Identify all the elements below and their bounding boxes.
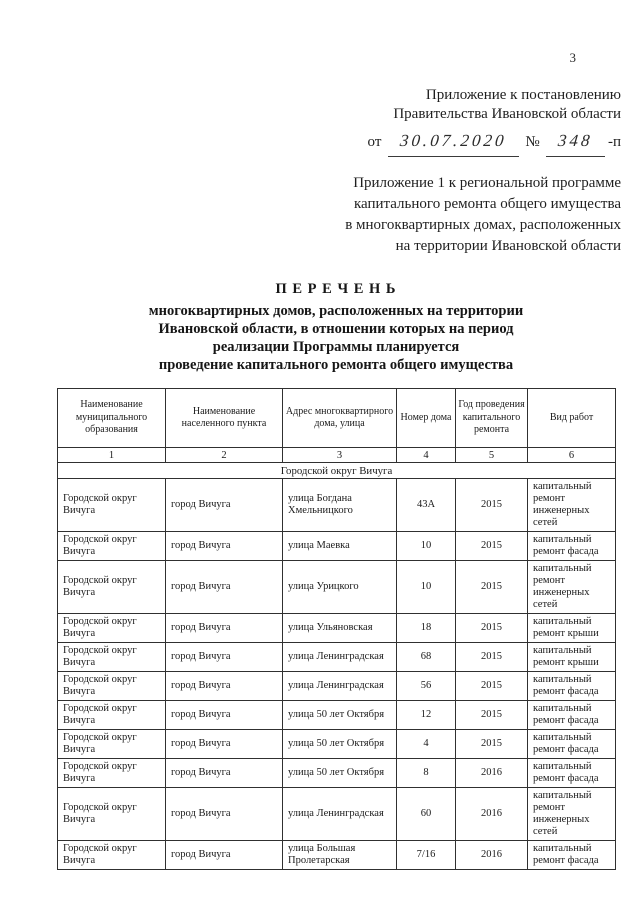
col-number-2: 2 <box>166 448 283 463</box>
cell-work: капитальный ремонт фасада <box>528 532 616 561</box>
cell-settlement: город Вичуга <box>166 532 283 561</box>
table-row: Городской округ Вичуга город Вичуга улиц… <box>58 788 616 841</box>
cell-street: улица Урицкого <box>283 561 397 614</box>
cell-street: улица Ленинградская <box>283 672 397 701</box>
cell-house: 10 <box>397 561 456 614</box>
col-header-municipality: Наименование муниципального образования <box>58 389 166 448</box>
cell-municipality: Городской округ Вичуга <box>58 614 166 643</box>
col-header-repair-year: Год проведения капитального ремонта <box>456 389 528 448</box>
cell-street: улица 50 лет Октября <box>283 759 397 788</box>
table-row: Городской округ Вичуга город Вичуга улиц… <box>58 614 616 643</box>
annex-program-line-3: в многоквартирных домах, расположенных <box>0 215 621 236</box>
cell-year: 2016 <box>456 759 528 788</box>
table-row: Городской округ Вичуга город Вичуга улиц… <box>58 479 616 532</box>
handwritten-number: 348 <box>555 128 596 154</box>
col-header-house-number: Номер дома <box>397 389 456 448</box>
number-suffix: -п <box>608 134 621 150</box>
cell-street: улица Богдана Хмельницкого <box>283 479 397 532</box>
cell-work: капитальный ремонт фасада <box>528 701 616 730</box>
cell-settlement: город Вичуга <box>166 841 283 870</box>
cell-street: улица 50 лет Октября <box>283 701 397 730</box>
cell-work: капитальный ремонт крыши <box>528 614 616 643</box>
mkd-repair-table: Наименование муниципального образования … <box>57 388 616 870</box>
handwritten-date: 30.07.2020 <box>397 128 510 154</box>
col-header-settlement: Наименование населенного пункта <box>166 389 283 448</box>
cell-year: 2015 <box>456 532 528 561</box>
cell-house: 56 <box>397 672 456 701</box>
col-number-5: 5 <box>456 448 528 463</box>
cell-municipality: Городской округ Вичуга <box>58 759 166 788</box>
cell-work: капитальный ремонт инженерных сетей <box>528 479 616 532</box>
col-header-work-type: Вид работ <box>528 389 616 448</box>
cell-house: 7/16 <box>397 841 456 870</box>
cell-street: улица Ульяновская <box>283 614 397 643</box>
table-row: Городской округ Вичуга город Вичуга улиц… <box>58 672 616 701</box>
cell-work: капитальный ремонт инженерных сетей <box>528 788 616 841</box>
annex-program-line-4: на территории Ивановской области <box>0 236 621 257</box>
number-sign: № <box>525 134 539 150</box>
cell-year: 2015 <box>456 561 528 614</box>
page-number: 3 <box>570 50 577 66</box>
cell-house: 8 <box>397 759 456 788</box>
table-row: Городской округ Вичуга город Вичуга улиц… <box>58 561 616 614</box>
cell-municipality: Городской округ Вичуга <box>58 643 166 672</box>
table-row: Городской округ Вичуга город Вичуга улиц… <box>58 841 616 870</box>
cell-work: капитальный ремонт инженерных сетей <box>528 561 616 614</box>
section-header-row: Городской округ Вичуга <box>58 463 616 479</box>
cell-year: 2015 <box>456 479 528 532</box>
cell-municipality: Городской округ Вичуга <box>58 788 166 841</box>
cell-street: улица 50 лет Октября <box>283 730 397 759</box>
column-number-row: 1 2 3 4 5 6 <box>58 448 616 463</box>
cell-year: 2015 <box>456 730 528 759</box>
table-row: Городской округ Вичуга город Вичуга улиц… <box>58 759 616 788</box>
title-line-4: проведение капитального ремонта общего и… <box>57 356 615 374</box>
col-number-1: 1 <box>58 448 166 463</box>
col-number-3: 3 <box>283 448 397 463</box>
cell-work: капитальный ремонт крыши <box>528 643 616 672</box>
cell-municipality: Городской округ Вичуга <box>58 730 166 759</box>
cell-settlement: город Вичуга <box>166 788 283 841</box>
title-heading: П Е Р Е Ч Е Н Ь <box>57 280 615 298</box>
cell-settlement: город Вичуга <box>166 561 283 614</box>
annex-program-line-2: капитального ремонта общего имущества <box>0 194 621 215</box>
number-underline: 348 <box>546 128 605 157</box>
date-prefix: от <box>368 134 382 150</box>
col-header-address: Адрес многоквартирного дома, улица <box>283 389 397 448</box>
cell-house: 68 <box>397 643 456 672</box>
table-row: Городской округ Вичуга город Вичуга улиц… <box>58 532 616 561</box>
table-row: Городской округ Вичуга город Вичуга улиц… <box>58 701 616 730</box>
title-line-3: реализации Программы планируется <box>57 338 615 356</box>
cell-house: 10 <box>397 532 456 561</box>
title-line-1: многоквартирных домов, расположенных на … <box>57 302 615 320</box>
cell-work: капитальный ремонт фасада <box>528 759 616 788</box>
cell-year: 2015 <box>456 701 528 730</box>
cell-street: улица Маевка <box>283 532 397 561</box>
cell-work: капитальный ремонт фасада <box>528 730 616 759</box>
annex-program-block: Приложение 1 к региональной программе ка… <box>0 173 640 257</box>
cell-settlement: город Вичуга <box>166 759 283 788</box>
cell-municipality: Городской округ Вичуга <box>58 532 166 561</box>
cell-house: 18 <box>397 614 456 643</box>
document-title: П Е Р Е Ч Е Н Ь многоквартирных домов, р… <box>57 280 615 374</box>
annex-resolution-line-1: Приложение к постановлению <box>0 86 621 105</box>
cell-work: капитальный ремонт фасада <box>528 672 616 701</box>
title-line-2: Ивановской области, в отношении которых … <box>57 320 615 338</box>
col-number-4: 4 <box>397 448 456 463</box>
table-header-row: Наименование муниципального образования … <box>58 389 616 448</box>
cell-year: 2015 <box>456 672 528 701</box>
cell-municipality: Городской округ Вичуга <box>58 701 166 730</box>
cell-settlement: город Вичуга <box>166 479 283 532</box>
section-title: Городской округ Вичуга <box>58 463 616 479</box>
col-number-6: 6 <box>528 448 616 463</box>
annex-resolution-block: Приложение к постановлению Правительства… <box>0 0 640 157</box>
cell-municipality: Городской округ Вичуга <box>58 672 166 701</box>
cell-street: улица Ленинградская <box>283 643 397 672</box>
cell-house: 4 <box>397 730 456 759</box>
cell-year: 2015 <box>456 643 528 672</box>
cell-work: капитальный ремонт фасада <box>528 841 616 870</box>
cell-settlement: город Вичуга <box>166 614 283 643</box>
cell-year: 2015 <box>456 614 528 643</box>
cell-settlement: город Вичуга <box>166 730 283 759</box>
cell-settlement: город Вичуга <box>166 643 283 672</box>
document-page: 3 Приложение к постановлению Правительст… <box>0 0 640 905</box>
cell-settlement: город Вичуга <box>166 701 283 730</box>
cell-house: 12 <box>397 701 456 730</box>
cell-house: 43А <box>397 479 456 532</box>
cell-municipality: Городской округ Вичуга <box>58 561 166 614</box>
cell-year: 2016 <box>456 841 528 870</box>
cell-year: 2016 <box>456 788 528 841</box>
date-underline: 30.07.2020 <box>388 128 519 157</box>
cell-municipality: Городской округ Вичуга <box>58 841 166 870</box>
table-row: Городской округ Вичуга город Вичуга улиц… <box>58 643 616 672</box>
annex-program-line-1: Приложение 1 к региональной программе <box>0 173 621 194</box>
resolution-date-line: от 30.07.2020 № 348-п <box>0 128 621 157</box>
cell-street: улица Ленинградская <box>283 788 397 841</box>
cell-house: 60 <box>397 788 456 841</box>
cell-street: улица Большая Пролетарская <box>283 841 397 870</box>
table-row: Городской округ Вичуга город Вичуга улиц… <box>58 730 616 759</box>
annex-resolution-line-2: Правительства Ивановской области <box>0 105 621 124</box>
cell-municipality: Городской округ Вичуга <box>58 479 166 532</box>
cell-settlement: город Вичуга <box>166 672 283 701</box>
